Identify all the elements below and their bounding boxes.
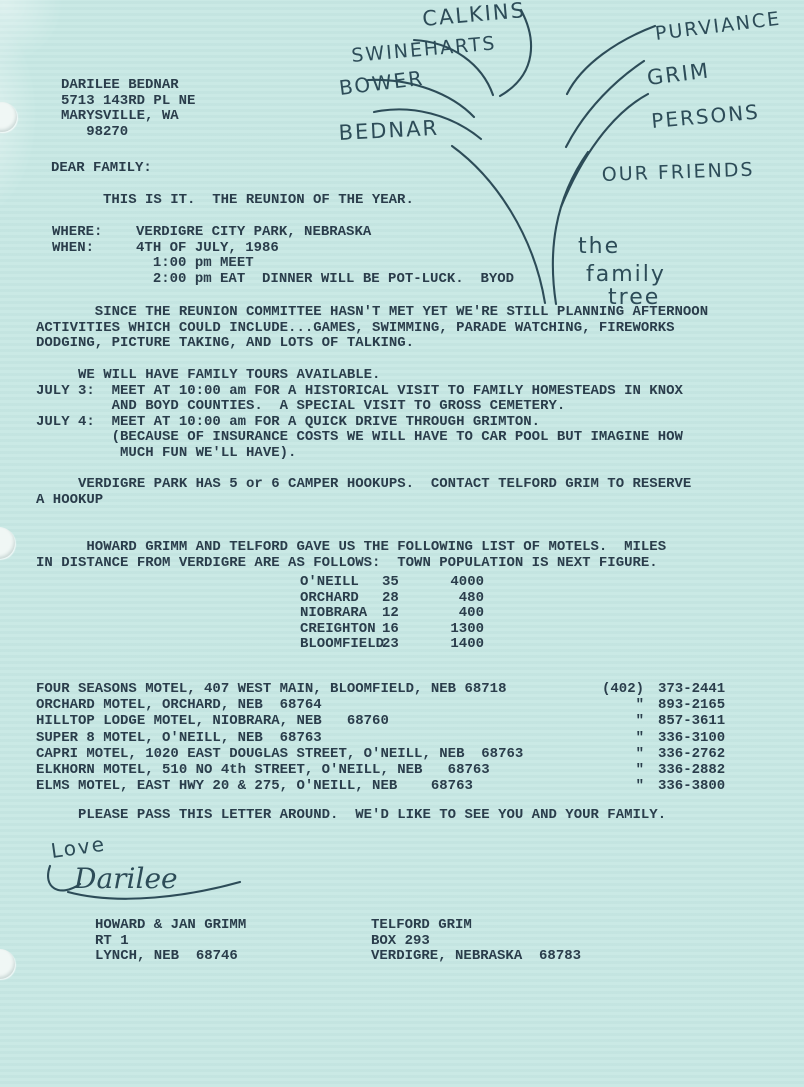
tree-branch-bower [368, 80, 474, 117]
tree-name-swineharts: SWINEHARTS [351, 32, 498, 67]
motel-description: ORCHARD MOTEL, ORCHARD, NEB 68764 [36, 697, 592, 713]
phone-number: 336-3100 [658, 730, 725, 746]
planning-paragraph: SINCE THE REUNION COMMITTEE HASN'T MET Y… [36, 305, 708, 352]
contact-telford-grim: TELFORD GRIM BOX 293 VERDIGRE, NEBRASKA … [371, 918, 581, 965]
phone-number: 336-2882 [658, 762, 725, 778]
motels-table: FOUR SEASONS MOTEL, 407 WEST MAIN, BLOOM… [36, 681, 772, 794]
town-row: BLOOMFIELD 23 1400 [300, 637, 484, 653]
tree-branch-persons [561, 94, 648, 207]
phone-area-ditto: " [592, 778, 644, 794]
tree-name-bower: BOWER [338, 66, 426, 100]
tree-branch-calkins [500, 10, 531, 96]
tree-branch-bednar [374, 109, 481, 139]
towns-table: O'NEILL 35 4000 ORCHARD 28 480 NIOBRARA … [300, 575, 484, 653]
town-name: NIOBRARA [300, 606, 382, 622]
tree-name-bednar: BEDNAR [338, 116, 440, 145]
phone-area-ditto: " [592, 746, 644, 762]
phone-area-ditto: " [592, 730, 644, 746]
phone-number: 893-2165 [658, 697, 725, 713]
punch-hole [0, 102, 17, 132]
phone-area-ditto: " [592, 697, 644, 713]
town-name: O'NEILL [300, 575, 382, 591]
town-miles: 23 [382, 637, 418, 653]
motel-description: FOUR SEASONS MOTEL, 407 WEST MAIN, BLOOM… [36, 681, 592, 697]
motel-description: HILLTOP LODGE MOTEL, NIOBRARA, NEB 68760 [36, 713, 592, 729]
motel-row: ELMS MOTEL, EAST HWY 20 & 275, O'NEILL, … [36, 778, 772, 794]
town-population: 1400 [418, 637, 484, 653]
closing-line: PLEASE PASS THIS LETTER AROUND. WE'D LIK… [36, 808, 666, 824]
town-population: 400 [418, 606, 484, 622]
town-miles: 35 [382, 575, 418, 591]
letter-page: DARILEE BEDNAR 5713 143RD PL NE MARYSVIL… [0, 0, 804, 1087]
town-miles: 16 [382, 622, 418, 638]
motels-intro-paragraph: HOWARD GRIMM AND TELFORD GAVE US THE FOL… [36, 540, 666, 571]
signature-closing: Love [49, 836, 107, 863]
tree-name-calkins: CALKINS [421, 0, 526, 31]
intro-line: THIS IS IT. THE REUNION OF THE YEAR. [103, 193, 414, 209]
phone-area-ditto: " [592, 762, 644, 778]
punch-hole [0, 527, 15, 559]
phone-number: 336-2762 [658, 746, 725, 762]
phone-area-code: (402) [592, 681, 644, 697]
motel-row: ELKHORN MOTEL, 510 NO 4th STREET, O'NEIL… [36, 762, 772, 778]
motel-description: ELMS MOTEL, EAST HWY 20 & 275, O'NEILL, … [36, 778, 592, 794]
tree-caption-line-1: the [578, 234, 620, 259]
town-population: 4000 [418, 575, 484, 591]
town-miles: 28 [382, 591, 418, 607]
town-name: BLOOMFIELD [300, 637, 382, 653]
motel-description: ELKHORN MOTEL, 510 NO 4th STREET, O'NEIL… [36, 762, 592, 778]
town-population: 480 [418, 591, 484, 607]
tree-caption-line-2: family [586, 262, 666, 287]
tours-paragraph: WE WILL HAVE FAMILY TOURS AVAILABLE. JUL… [36, 368, 683, 462]
signature: Love Darilee [40, 836, 270, 906]
phone-number: 373-2441 [658, 681, 725, 697]
where-when-block: WHERE: VERDIGRE CITY PARK, NEBRASKA WHEN… [52, 225, 514, 287]
motel-row: CAPRI MOTEL, 1020 EAST DOUGLAS STREET, O… [36, 746, 772, 762]
punch-hole [0, 949, 15, 979]
town-name: ORCHARD [300, 591, 382, 607]
motel-row: FOUR SEASONS MOTEL, 407 WEST MAIN, BLOOM… [36, 681, 772, 697]
camper-paragraph: VERDIGRE PARK HAS 5 or 6 CAMPER HOOKUPS.… [36, 477, 691, 508]
tree-name-our-friends: OUR FRIENDS [601, 159, 754, 186]
town-row: CREIGHTON 16 1300 [300, 622, 484, 638]
salutation: DEAR FAMILY: [51, 161, 152, 177]
motel-row: SUPER 8 MOTEL, O'NEILL, NEB 68763 " 336-… [36, 730, 772, 746]
tree-branch-grim [566, 61, 644, 147]
town-row: ORCHARD 28 480 [300, 591, 484, 607]
tree-branch-purviance [567, 26, 655, 94]
motel-row: ORCHARD MOTEL, ORCHARD, NEB 68764 " 893-… [36, 697, 772, 713]
signature-underline [68, 882, 240, 899]
tree-branch-swineharts [414, 40, 493, 95]
motel-description: CAPRI MOTEL, 1020 EAST DOUGLAS STREET, O… [36, 746, 592, 762]
phone-number: 336-3800 [658, 778, 725, 794]
phone-area-ditto: " [592, 713, 644, 729]
tree-name-persons: PERSONS [650, 100, 760, 133]
town-population: 1300 [418, 622, 484, 638]
tree-name-purviance: PURVIANCE [654, 8, 782, 45]
town-row: NIOBRARA 12 400 [300, 606, 484, 622]
town-name: CREIGHTON [300, 622, 382, 638]
phone-number: 857-3611 [658, 713, 725, 729]
sender-address: DARILEE BEDNAR 5713 143RD PL NE MARYSVIL… [61, 78, 195, 140]
signature-name: Darilee [73, 862, 178, 895]
motel-row: HILLTOP LODGE MOTEL, NIOBRARA, NEB 68760… [36, 713, 772, 729]
signature-flourish [48, 866, 80, 890]
tree-trunk-right [553, 152, 588, 304]
motel-description: SUPER 8 MOTEL, O'NEILL, NEB 68763 [36, 730, 592, 746]
town-row: O'NEILL 35 4000 [300, 575, 484, 591]
tree-name-grim: GRIM [646, 58, 712, 90]
contact-howard-jan-grimm: HOWARD & JAN GRIMM RT 1 LYNCH, NEB 68746 [95, 918, 246, 965]
town-miles: 12 [382, 606, 418, 622]
